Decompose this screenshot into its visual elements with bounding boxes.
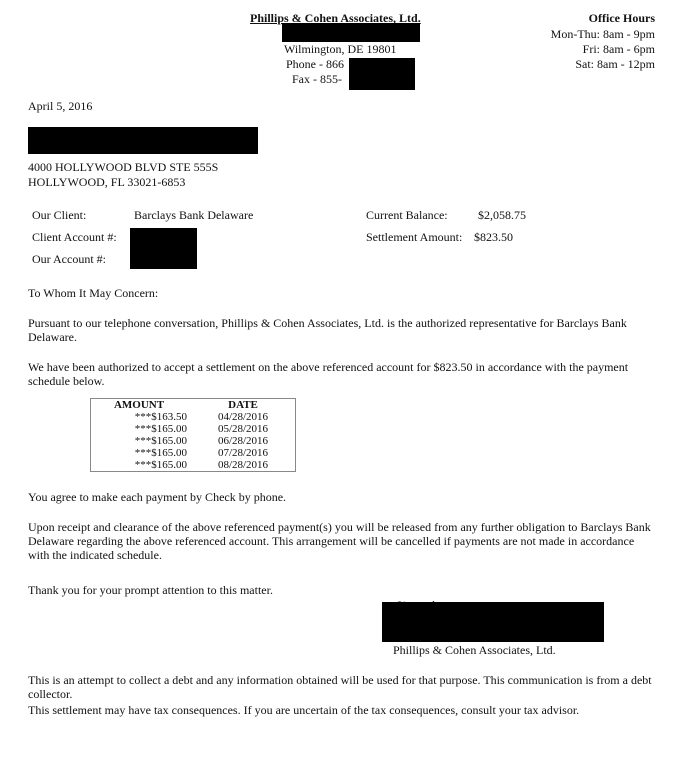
- tax-disclaimer: This settlement may have tax consequence…: [28, 703, 579, 718]
- paragraph-settlement: We have been authorized to accept a sett…: [28, 360, 657, 388]
- paragraph-payment-method: You agree to make each payment by Check …: [28, 490, 286, 505]
- redacted-recipient-name: [28, 127, 258, 154]
- current-balance-value: $2,058.75: [478, 208, 526, 223]
- letter-date: April 5, 2016: [28, 99, 92, 114]
- table-row: ***$163.50 04/28/2016: [91, 411, 296, 423]
- paragraph-representative: Pursuant to our telephone conversation, …: [28, 316, 657, 344]
- payment-date: 06/28/2016: [191, 435, 296, 447]
- payment-schedule-table: AMOUNT DATE ***$163.50 04/28/2016 ***$16…: [90, 398, 296, 472]
- our-account-label: Our Account #:: [32, 252, 106, 267]
- payment-amount: ***$163.50: [91, 411, 192, 423]
- table-row: ***$165.00 06/28/2016: [91, 435, 296, 447]
- payment-date: 08/28/2016: [191, 459, 296, 472]
- current-balance-label: Current Balance:: [366, 208, 448, 223]
- office-hours-line: Sat: 8am - 12pm: [505, 57, 655, 72]
- payment-date: 07/28/2016: [191, 447, 296, 459]
- company-city: Wilmington, DE 19801: [284, 42, 397, 57]
- debt-collector-disclaimer: This is an attempt to collect a debt and…: [28, 673, 657, 701]
- redacted-street-address: [282, 23, 420, 42]
- recipient-city-state: HOLLYWOOD, FL 33021-6853: [28, 175, 185, 190]
- client-account-label: Client Account #:: [32, 230, 117, 245]
- salutation: To Whom It May Concern:: [28, 286, 158, 301]
- paragraph-release-terms: Upon receipt and clearance of the above …: [28, 520, 657, 562]
- table-row: ***$165.00 05/28/2016: [91, 423, 296, 435]
- company-fax: Fax - 855-: [292, 72, 342, 87]
- company-phone: Phone - 866: [286, 57, 344, 72]
- redacted-signature: [382, 602, 604, 642]
- payment-date: 05/28/2016: [191, 423, 296, 435]
- settlement-amount-value: $823.50: [474, 230, 513, 245]
- payment-amount: ***$165.00: [91, 459, 192, 472]
- payment-date: 04/28/2016: [191, 411, 296, 423]
- office-hours-line: Mon-Thu: 8am - 9pm: [505, 27, 655, 42]
- recipient-street: 4000 HOLLYWOOD BLVD STE 555S: [28, 160, 218, 175]
- office-hours-title: Office Hours: [505, 11, 655, 26]
- our-client-label: Our Client:: [32, 208, 86, 223]
- settlement-amount-label: Settlement Amount:: [366, 230, 462, 245]
- table-row: ***$165.00 08/28/2016: [91, 459, 296, 472]
- table-row: ***$165.00 07/28/2016: [91, 447, 296, 459]
- signature-company: Phillips & Cohen Associates, Ltd.: [393, 643, 556, 658]
- payment-amount: ***$165.00: [91, 423, 192, 435]
- our-client-value: Barclays Bank Delaware: [134, 208, 253, 223]
- office-hours-line: Fri: 8am - 6pm: [505, 42, 655, 57]
- redacted-account-numbers: [130, 228, 197, 269]
- paragraph-thanks: Thank you for your prompt attention to t…: [28, 583, 273, 598]
- column-header-amount: AMOUNT: [91, 399, 192, 412]
- payment-amount: ***$165.00: [91, 447, 192, 459]
- redacted-phone-fax: [349, 58, 415, 90]
- payment-amount: ***$165.00: [91, 435, 192, 447]
- column-header-date: DATE: [191, 399, 296, 412]
